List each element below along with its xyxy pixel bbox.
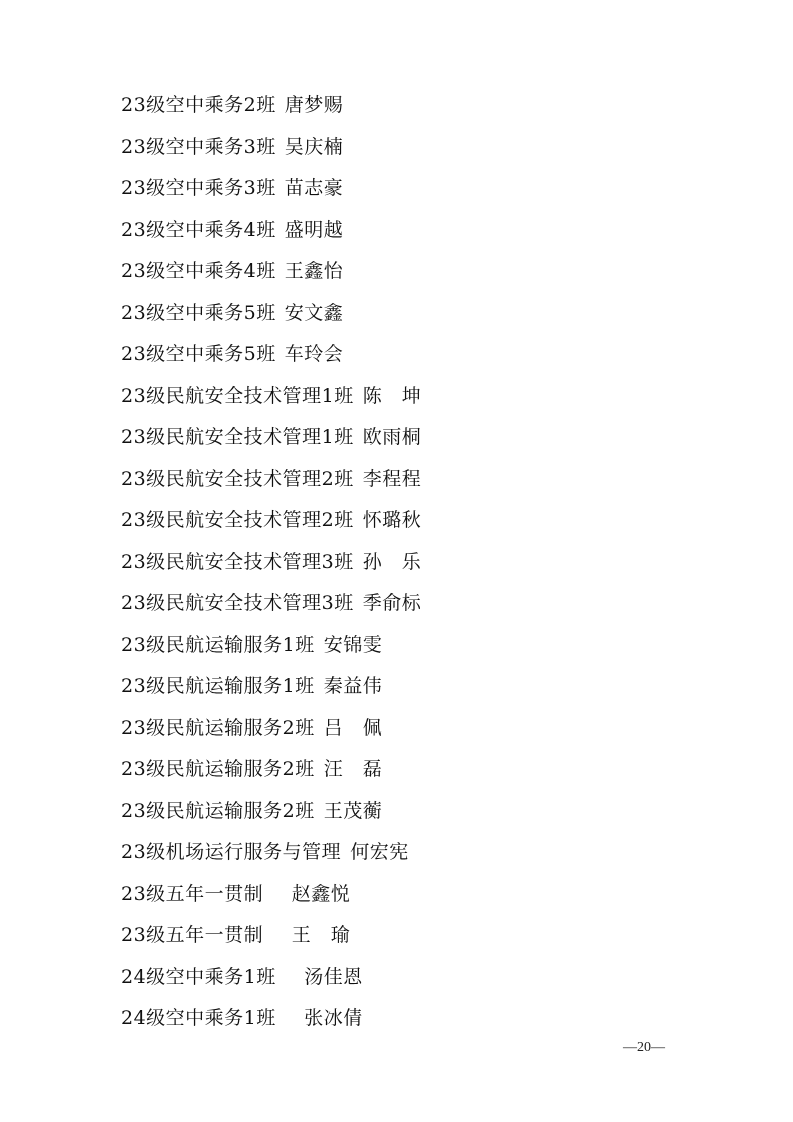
class-name: 24级空中乘务1班 xyxy=(121,966,295,988)
student-name: 王茂蘅 xyxy=(324,800,383,822)
student-name: 王 瑜 xyxy=(292,924,351,946)
student-name: 何宏宪 xyxy=(350,841,409,863)
class-name: 23级空中乘务5班 xyxy=(121,302,276,324)
list-item: 23级民航运输服务1班安锦雯 xyxy=(121,629,421,671)
class-name: 23级民航安全技术管理2班 xyxy=(121,468,354,490)
student-name: 苗志豪 xyxy=(285,177,344,199)
student-name: 季俞标 xyxy=(363,592,422,614)
student-name: 吴庆楠 xyxy=(285,136,344,158)
student-name: 秦益伟 xyxy=(324,675,383,697)
list-item: 23级空中乘务3班苗志豪 xyxy=(121,172,421,214)
class-name: 23级民航安全技术管理2班 xyxy=(121,509,354,531)
student-name: 安文鑫 xyxy=(285,302,344,324)
class-name: 23级五年一贯制 xyxy=(121,924,283,946)
list-item: 23级空中乘务2班唐梦赐 xyxy=(121,89,421,131)
list-item: 23级民航运输服务1班秦益伟 xyxy=(121,670,421,712)
student-name: 李程程 xyxy=(363,468,422,490)
class-name: 23级空中乘务2班 xyxy=(121,94,276,116)
student-name: 张冰倩 xyxy=(304,1007,363,1029)
class-name: 23级空中乘务4班 xyxy=(121,260,276,282)
student-name: 唐梦赐 xyxy=(285,94,344,116)
list-item: 23级空中乘务5班安文鑫 xyxy=(121,297,421,339)
student-name: 孙 乐 xyxy=(363,551,422,573)
class-name: 23级民航安全技术管理3班 xyxy=(121,592,354,614)
award-name-list: 23级空中乘务2班唐梦赐 23级空中乘务3班吴庆楠 23级空中乘务3班苗志豪 2… xyxy=(121,89,421,1044)
list-item: 23级空中乘务5班车玲会 xyxy=(121,338,421,380)
list-item: 23级民航安全技术管理1班欧雨桐 xyxy=(121,421,421,463)
class-name: 23级空中乘务3班 xyxy=(121,136,276,158)
student-name: 吕 佩 xyxy=(324,717,383,739)
student-name: 汤佳恩 xyxy=(304,966,363,988)
document-page: 23级空中乘务2班唐梦赐 23级空中乘务3班吴庆楠 23级空中乘务3班苗志豪 2… xyxy=(0,0,793,1122)
list-item: 23级民航运输服务2班吕 佩 xyxy=(121,712,421,754)
student-name: 赵鑫悦 xyxy=(292,883,351,905)
list-item: 23级五年一贯制 王 瑜 xyxy=(121,919,421,961)
class-name: 23级五年一贯制 xyxy=(121,883,283,905)
list-item: 23级民航运输服务2班汪 磊 xyxy=(121,753,421,795)
class-name: 23级空中乘务4班 xyxy=(121,219,276,241)
class-name: 23级民航安全技术管理1班 xyxy=(121,385,354,407)
class-name: 24级空中乘务1班 xyxy=(121,1007,295,1029)
class-name: 23级民航运输服务1班 xyxy=(121,634,315,656)
page-number: —20— xyxy=(623,1040,665,1056)
class-name: 23级民航运输服务1班 xyxy=(121,675,315,697)
list-item: 23级空中乘务4班王鑫怡 xyxy=(121,255,421,297)
class-name: 23级民航运输服务2班 xyxy=(121,717,315,739)
class-name: 23级民航运输服务2班 xyxy=(121,800,315,822)
student-name: 欧雨桐 xyxy=(363,426,422,448)
student-name: 安锦雯 xyxy=(324,634,383,656)
student-name: 汪 磊 xyxy=(324,758,383,780)
student-name: 盛明越 xyxy=(285,219,344,241)
student-name: 车玲会 xyxy=(285,343,344,365)
class-name: 23级机场运行服务与管理 xyxy=(121,841,341,863)
list-item: 23级空中乘务3班吴庆楠 xyxy=(121,131,421,173)
class-name: 23级民航安全技术管理1班 xyxy=(121,426,354,448)
list-item: 23级民航安全技术管理2班李程程 xyxy=(121,463,421,505)
class-name: 23级民航安全技术管理3班 xyxy=(121,551,354,573)
list-item: 23级民航安全技术管理1班陈 坤 xyxy=(121,380,421,422)
student-name: 怀璐秋 xyxy=(363,509,422,531)
list-item: 23级民航安全技术管理3班季俞标 xyxy=(121,587,421,629)
list-item: 23级空中乘务4班盛明越 xyxy=(121,214,421,256)
list-item: 23级民航安全技术管理2班怀璐秋 xyxy=(121,504,421,546)
class-name: 23级民航运输服务2班 xyxy=(121,758,315,780)
list-item: 24级空中乘务1班 汤佳恩 xyxy=(121,961,421,1003)
list-item: 23级民航运输服务2班王茂蘅 xyxy=(121,795,421,837)
list-item: 23级机场运行服务与管理何宏宪 xyxy=(121,836,421,878)
list-item: 24级空中乘务1班 张冰倩 xyxy=(121,1002,421,1044)
class-name: 23级空中乘务5班 xyxy=(121,343,276,365)
class-name: 23级空中乘务3班 xyxy=(121,177,276,199)
student-name: 王鑫怡 xyxy=(285,260,344,282)
student-name: 陈 坤 xyxy=(363,385,422,407)
list-item: 23级五年一贯制 赵鑫悦 xyxy=(121,878,421,920)
list-item: 23级民航安全技术管理3班孙 乐 xyxy=(121,546,421,588)
